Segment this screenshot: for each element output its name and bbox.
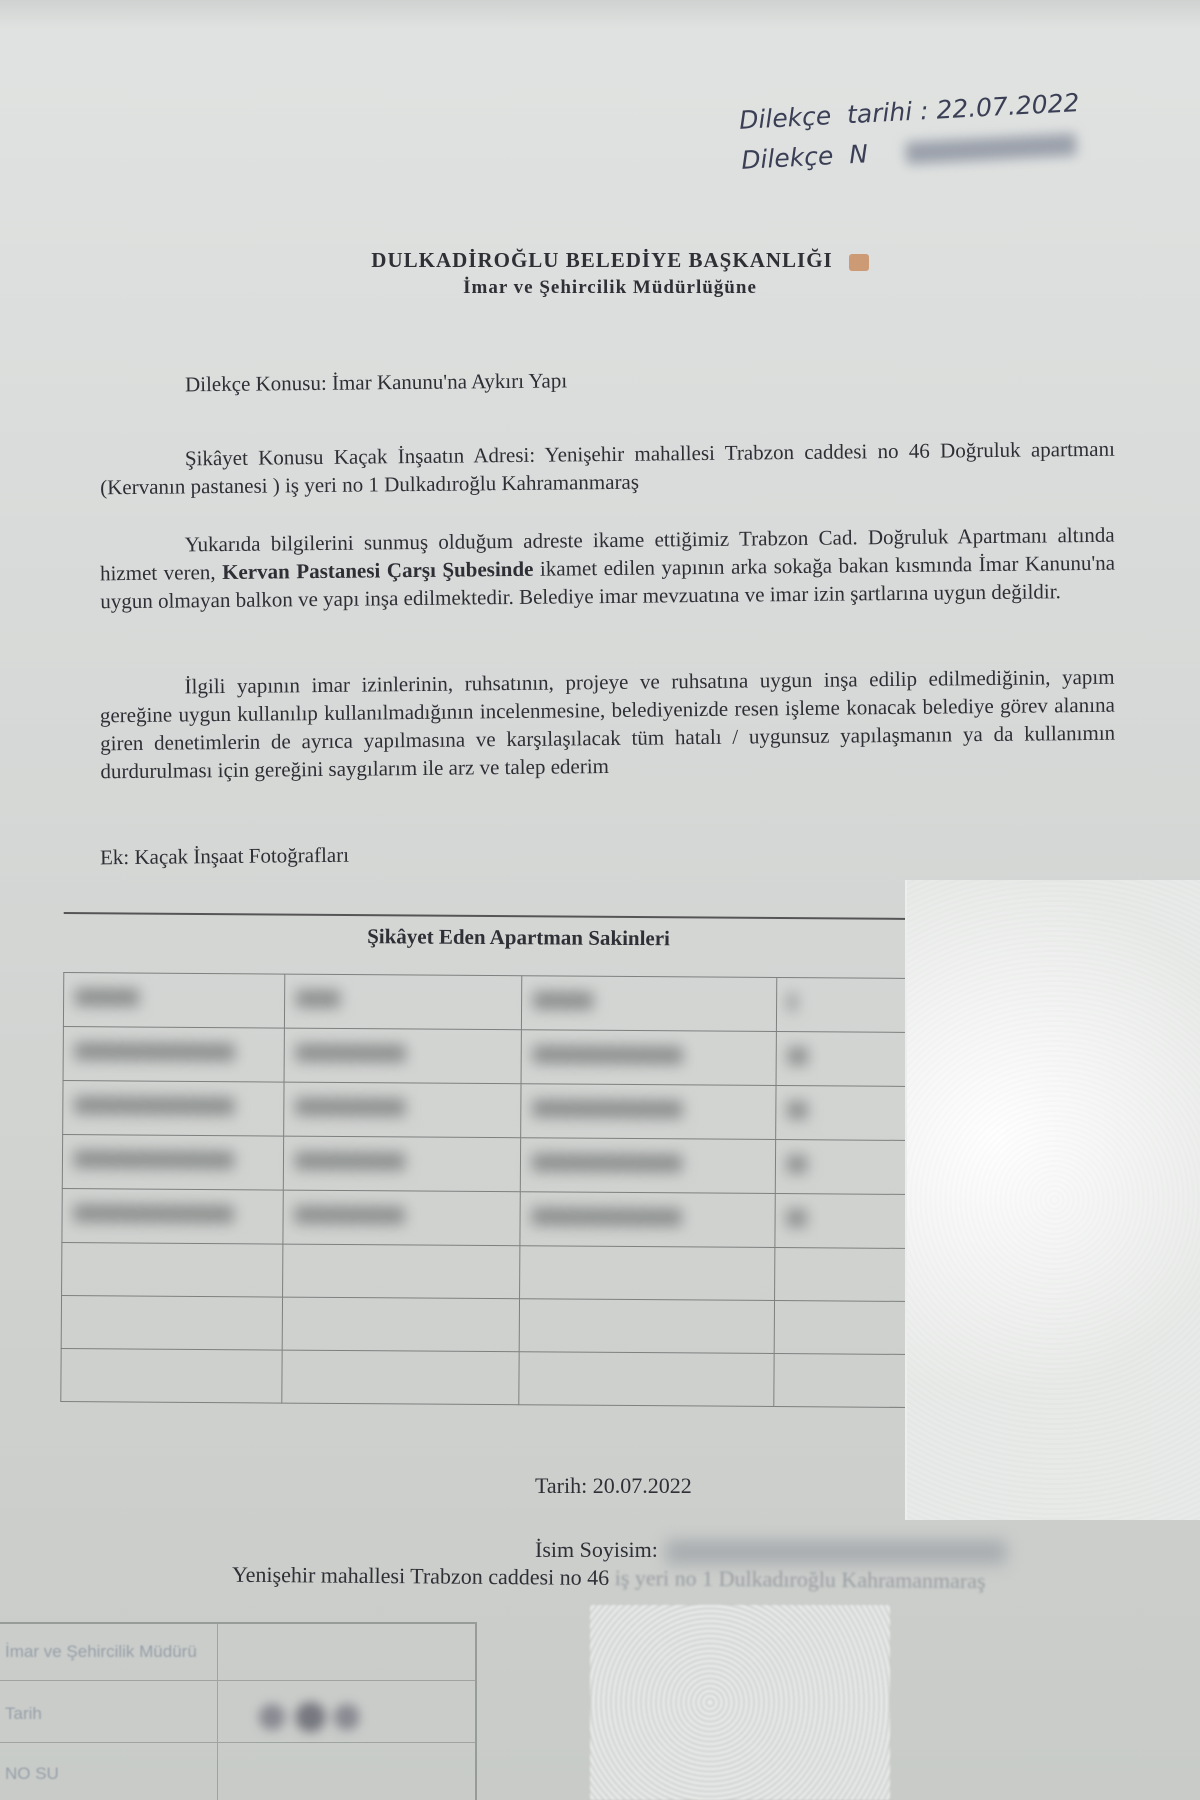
tissue-paper-overlay-bottom	[590, 1605, 890, 1800]
table-row	[63, 973, 912, 1033]
handwritten-label: Dilekçe	[740, 141, 834, 175]
table-cell	[519, 1352, 774, 1407]
redacted-cell	[532, 1153, 682, 1172]
redacted-cell	[74, 1150, 234, 1169]
table-row	[61, 1349, 910, 1408]
signature-name: İsim Soyisim:	[535, 1537, 1006, 1564]
residents-grid	[60, 972, 913, 1408]
table-cell	[521, 1030, 776, 1086]
table-cell	[777, 978, 913, 1033]
table-cell	[775, 1194, 911, 1249]
paragraph-complaint: Yukarıda bilgilerini sunmuş olduğum adre…	[100, 521, 1116, 616]
table-cell	[774, 1354, 910, 1408]
redacted-cell	[533, 1045, 683, 1064]
residents-table: Şikâyet Eden Apartman Sakinleri	[60, 912, 913, 1408]
redacted-cell	[75, 988, 139, 1006]
petition-date: Tarih: 20.07.2022	[535, 1473, 692, 1499]
redacted-cell	[533, 1099, 683, 1118]
header-title: DULKADİROĞLU BELEDİYE BAŞKANLIĞI	[40, 248, 1200, 273]
table-cell	[521, 1138, 776, 1194]
table-cell	[520, 1192, 775, 1248]
stamp-label-date: Tarih	[5, 1704, 42, 1724]
stamp-label-department: İmar ve Şehircilik Müdürü	[5, 1642, 197, 1662]
table-cell	[61, 1349, 282, 1404]
table-cell	[63, 973, 284, 1029]
stamp-label-number: NO SU	[5, 1764, 59, 1784]
redacted-cell	[534, 991, 594, 1009]
petition-subject: Dilekçe Konusu: İmar Kanunu'na Aykırı Ya…	[185, 360, 1200, 399]
table-row	[62, 1243, 911, 1302]
table-cell	[62, 1189, 283, 1245]
table-cell	[284, 1028, 522, 1084]
table-cell	[520, 1246, 775, 1301]
handwritten-number-prefix: N	[848, 139, 868, 169]
table-title: Şikâyet Eden Apartman Sakinleri	[63, 922, 913, 953]
redacted-cell	[295, 1098, 405, 1117]
table-row	[63, 1027, 912, 1087]
redacted-cell	[532, 1207, 682, 1226]
table-cell	[775, 1248, 911, 1302]
table-cell	[283, 1190, 521, 1246]
table-cell	[282, 1244, 520, 1299]
table-cell	[282, 1350, 520, 1405]
table-cell	[520, 1299, 775, 1354]
sticky-note-icon	[849, 254, 869, 271]
redacted-cell	[787, 1101, 807, 1119]
tissue-paper-overlay	[905, 880, 1200, 1520]
table-cell	[521, 1084, 776, 1140]
table-cell	[284, 974, 522, 1030]
redacted-cell	[294, 1206, 404, 1225]
redacted-cell	[788, 1047, 808, 1065]
table-cell	[522, 976, 777, 1032]
official-stamp-box: İmar ve Şehircilik Müdürü Tarih NO SU	[0, 1622, 477, 1800]
redacted-cell	[75, 1042, 235, 1061]
signature-address: Yenişehir mahallesi Trabzon caddesi no 4…	[232, 1562, 986, 1595]
redacted-cell	[787, 1209, 807, 1227]
table-cell	[776, 1032, 912, 1087]
table-cell	[776, 1086, 912, 1141]
table-cell	[61, 1296, 282, 1351]
redacted-cell	[296, 990, 340, 1008]
table-cell	[62, 1135, 283, 1191]
table-cell	[282, 1297, 520, 1352]
table-row	[62, 1189, 911, 1249]
attachment-note: Ek: Kaçak İnşaat Fotoğrafları	[100, 833, 1115, 872]
top-shadow	[0, 0, 1200, 30]
redacted-cell	[788, 993, 796, 1011]
handwritten-date: tarihi : 22.07.2022	[846, 88, 1080, 129]
header-subtitle: İmar ve Şehircilik Müdürlüğüne	[20, 277, 1200, 299]
handwritten-label: Dilekçe	[738, 101, 832, 135]
paragraph-address: Şikâyet Konusu Kaçak İnşaatın Adresi: Ye…	[100, 435, 1116, 502]
table-cell	[63, 1027, 284, 1083]
table-row	[63, 1081, 912, 1141]
paragraph-request: İlgili yapının imar izinlerinin, ruhsatı…	[99, 663, 1115, 786]
redacted-cell	[74, 1096, 234, 1115]
table-row	[62, 1135, 911, 1195]
redacted-cell	[295, 1152, 405, 1171]
table-top-rule	[64, 912, 914, 920]
document-header: DULKADİROĞLU BELEDİYE BAŞKANLIĞI İmar ve…	[0, 248, 1200, 299]
table-cell	[283, 1082, 521, 1138]
redacted-cell	[787, 1155, 807, 1173]
business-name: Kervan Pastanesi Çarşı Şubesinde	[222, 557, 534, 584]
redacted-cell	[295, 1044, 405, 1063]
handwritten-note: Dilekçe tarihi : 22.07.2022 Dilekçe N	[738, 83, 1082, 181]
redacted-petition-number	[905, 133, 1076, 164]
document-page: Dilekçe tarihi : 22.07.2022 Dilekçe N DU…	[0, 0, 1200, 1800]
table-cell	[774, 1301, 910, 1355]
table-cell	[62, 1243, 283, 1298]
stamp-divider	[217, 1624, 218, 1800]
table-row	[61, 1296, 910, 1355]
table-cell	[63, 1081, 284, 1137]
redacted-stamp-value	[250, 1699, 360, 1735]
table-cell	[283, 1136, 521, 1192]
table-cell	[775, 1140, 911, 1195]
redacted-cell	[74, 1204, 234, 1223]
redacted-name	[666, 1540, 1006, 1564]
